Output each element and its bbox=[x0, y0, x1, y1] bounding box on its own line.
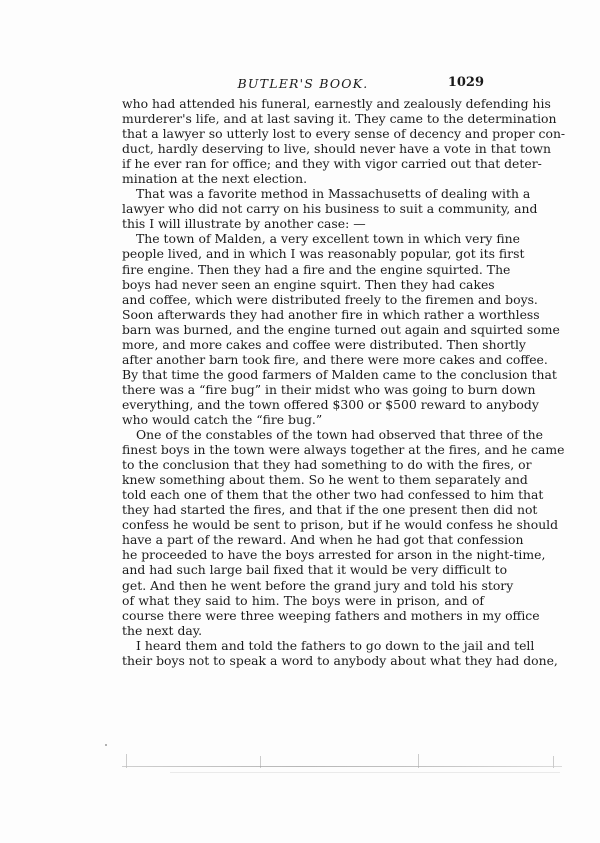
text-line: who would catch the “fire bug.” bbox=[122, 412, 484, 427]
paragraph-start-line: That was a favorite method in Massachuse… bbox=[122, 186, 484, 201]
text-line: the next day. bbox=[122, 623, 484, 638]
paragraph-start-line: The town of Malden, a very excellent tow… bbox=[122, 231, 484, 246]
text-line: get. And then he went before the grand j… bbox=[122, 578, 484, 593]
running-header: BUTLER'S BOOK. 1029 bbox=[122, 74, 484, 92]
text-line: fire engine. Then they had a fire and th… bbox=[122, 262, 484, 277]
text-line: he proceeded to have the boys arrested f… bbox=[122, 547, 484, 562]
scan-page-edge-shadow bbox=[170, 772, 560, 773]
text-line: their boys not to speak a word to anybod… bbox=[122, 653, 484, 668]
text-line: to the conclusion that they had somethin… bbox=[122, 457, 484, 472]
text-line: lawyer who did not carry on his business… bbox=[122, 201, 484, 216]
text-line: By that time the good farmers of Malden … bbox=[122, 367, 484, 382]
text-line: there was a “fire bug” in their midst wh… bbox=[122, 382, 484, 397]
text-line: confess he would be sent to prison, but … bbox=[122, 517, 484, 532]
body-text: who had attended his funeral, earnestly … bbox=[122, 96, 484, 668]
text-line: and coffee, which were distributed freel… bbox=[122, 292, 484, 307]
text-line: told each one of them that the other two… bbox=[122, 487, 484, 502]
text-line: finest boys in the town were always toge… bbox=[122, 442, 484, 457]
text-line: this I will illustrate by another case: … bbox=[122, 216, 484, 231]
text-line: mination at the next election. bbox=[122, 171, 484, 186]
page-number: 1029 bbox=[448, 75, 484, 90]
text-line: who had attended his funeral, earnestly … bbox=[122, 96, 484, 111]
text-line: everything, and the town offered $300 or… bbox=[122, 397, 484, 412]
text-line: people lived, and in which I was reasona… bbox=[122, 246, 484, 261]
text-line: murderer's life, and at last saving it. … bbox=[122, 111, 484, 126]
text-line: Soon afterwards they had another fire in… bbox=[122, 307, 484, 322]
scan-speck bbox=[105, 744, 107, 746]
running-title: BUTLER'S BOOK. bbox=[122, 76, 484, 91]
text-line: barn was burned, and the engine turned o… bbox=[122, 322, 484, 337]
text-line: and had such large bail fixed that it wo… bbox=[122, 562, 484, 577]
book-page: BUTLER'S BOOK. 1029 who had attended his… bbox=[0, 0, 600, 843]
paragraph-start-line: I heard them and told the fathers to go … bbox=[122, 638, 484, 653]
text-line: course there were three weeping fathers … bbox=[122, 608, 484, 623]
text-line: have a part of the reward. And when he h… bbox=[122, 532, 484, 547]
scan-page-edge bbox=[122, 766, 562, 767]
text-line: that a lawyer so utterly lost to every s… bbox=[122, 126, 484, 141]
paragraph-start-line: One of the constables of the town had ob… bbox=[122, 427, 484, 442]
text-line: more, and more cakes and coffee were dis… bbox=[122, 337, 484, 352]
text-line: boys had never seen an engine squirt. Th… bbox=[122, 277, 484, 292]
text-line: of what they said to him. The boys were … bbox=[122, 593, 484, 608]
text-line: knew something about them. So he went to… bbox=[122, 472, 484, 487]
text-line: they had started the fires, and that if … bbox=[122, 502, 484, 517]
text-line: if he ever ran for office; and they with… bbox=[122, 156, 484, 171]
text-line: duct, hardly deserving to live, should n… bbox=[122, 141, 484, 156]
text-line: after another barn took fire, and there … bbox=[122, 352, 484, 367]
